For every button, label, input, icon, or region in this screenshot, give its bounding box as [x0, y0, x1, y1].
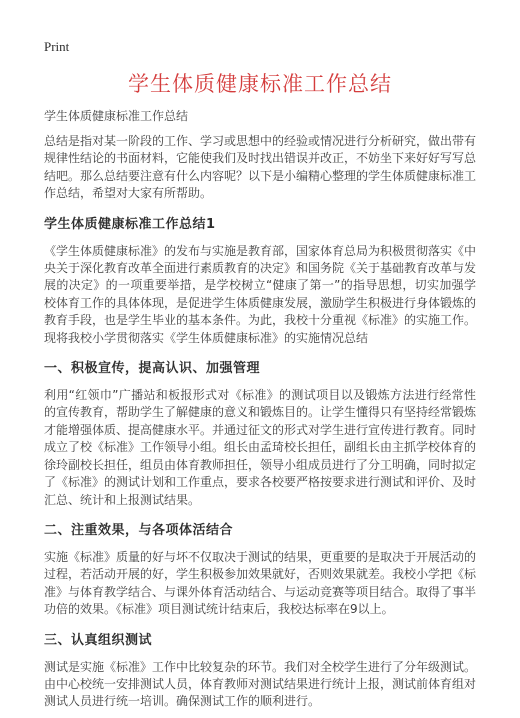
section-paragraph-4: 测试是实施《标准》工作中比较复杂的环节。我们对全校学生进行了分年级测试。由中心校… — [44, 659, 476, 711]
print-link[interactable]: Print — [44, 39, 69, 55]
article-title: 学生体质健康标准工作总结 — [44, 71, 476, 97]
article-subtitle: 学生体质健康标准工作总结 — [44, 108, 476, 124]
print-preview-page: Print 学生体质健康标准工作总结 学生体质健康标准工作总结 总结是指对某一阶… — [0, 0, 520, 718]
section-paragraph-1: 《学生体质健康标准》的发布与实施是教育部，国家体育总局为积极贯彻落实《中央关于深… — [44, 243, 476, 347]
section-paragraph-3: 实施《标准》质量的好与坏不仅取决于测试的结果，更重要的是取决于开展活动的过程，若… — [44, 549, 476, 619]
intro-paragraph: 总结是指对某一阶段的工作、学习或思想中的经验或情况进行分析研究，做出带有规律性结… — [44, 133, 476, 203]
section-heading-2: 一、积极宣传，提高认识、加强管理 — [44, 360, 476, 378]
section-heading-3: 二、注重效果，与各项体活结合 — [44, 522, 476, 540]
section-heading-1: 学生体质健康标准工作总结1 — [44, 216, 476, 234]
section-heading-4: 三、认真组织测试 — [44, 632, 476, 650]
section-paragraph-2: 利用“红领巾”广播站和板报形式对《标准》的测试项目以及锻炼方法进行经常性的宣传教… — [44, 387, 476, 509]
